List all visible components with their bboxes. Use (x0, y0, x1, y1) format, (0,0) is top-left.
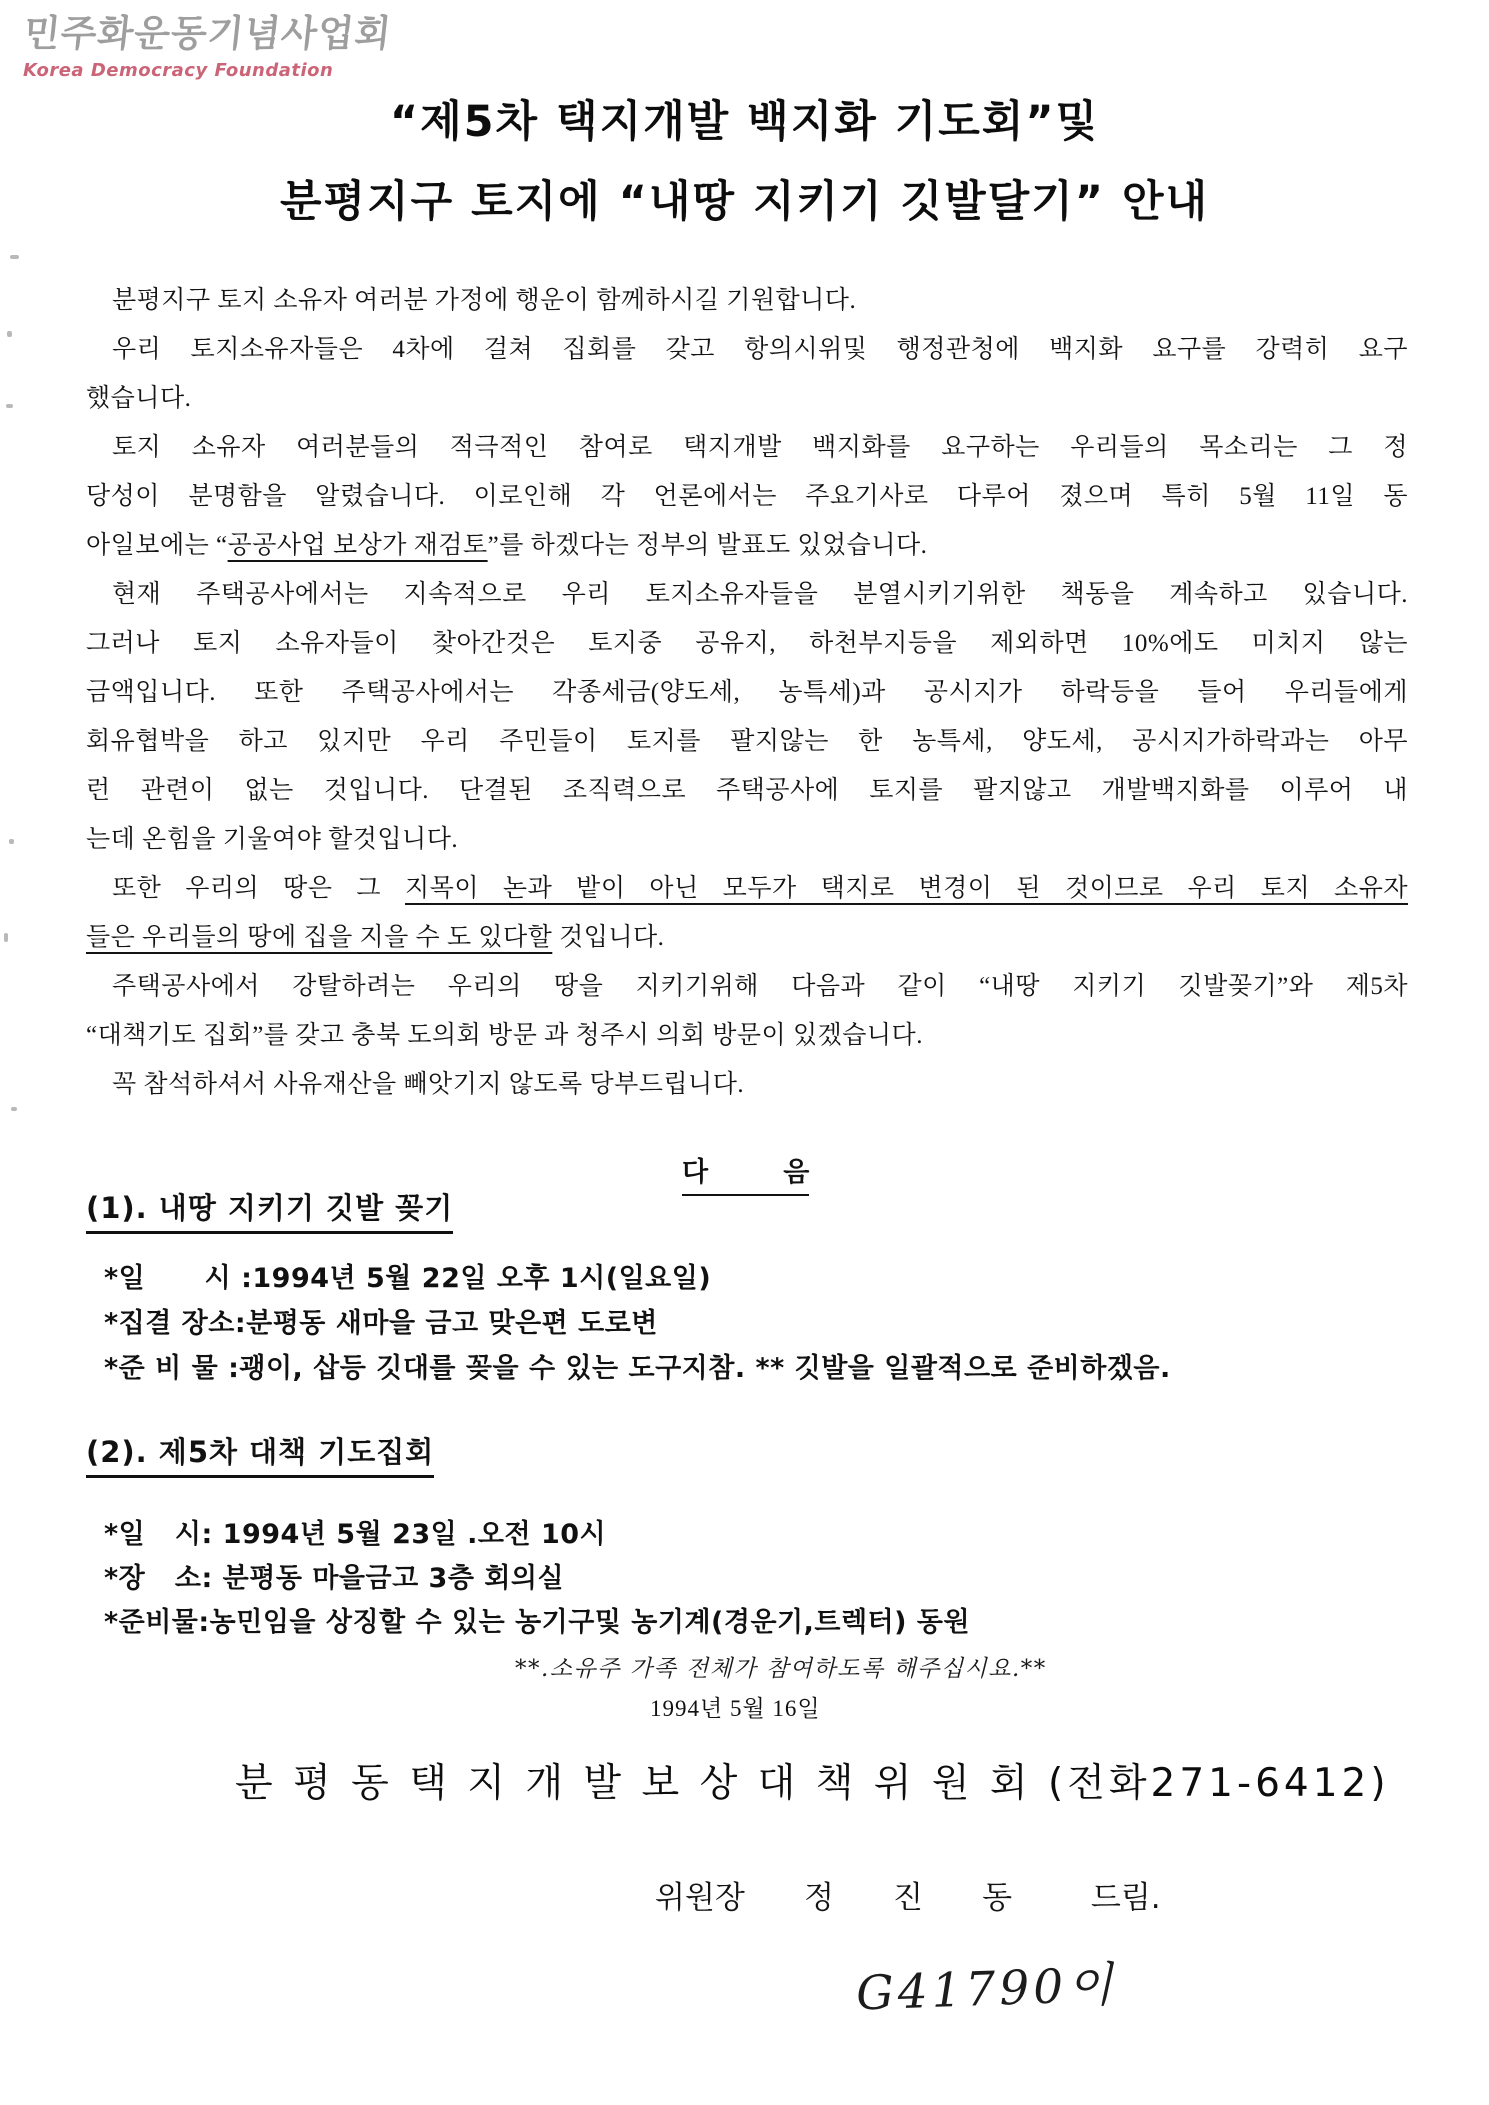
section1-items: *일 시 :1994년 5월 22일 오후 1시(일요일)*집결 장소:분평동 … (104, 1256, 1171, 1391)
body-line: 또한 우리의 땅은 그 지목이 논과 밭이 아닌 모두가 택지로 변경이 된 것… (86, 864, 1408, 913)
text-segment: ”를 하겠다는 정부의 발표도 있었습니다. (488, 532, 928, 559)
handwritten-archive-code: G41790이 (855, 1947, 1118, 2023)
body-line: 현재 주택공사에서는 지속적으로 우리 토지소유자들을 분열시키기위한 책동을 … (86, 570, 1408, 619)
scan-artifact (11, 1107, 17, 1111)
list-item: *일 시 :1994년 5월 22일 오후 1시(일요일) (104, 1256, 1171, 1301)
text-segment: “대책기도 집회”를 갖고 충북 도의회 방문 과 청주시 의회 방문이 있겠습… (86, 1022, 923, 1049)
document-title-line2: 분평지구 토지에 “내땅 지키기 깃발달기” 안내 (0, 166, 1489, 246)
list-item: *장 소: 분평동 마을금고 3층 회의실 (104, 1557, 970, 1601)
section2-heading: (2). 제5차 대책 기도집회 (86, 1430, 434, 1471)
text-segment: 또한 우리의 땅은 그 (112, 875, 405, 902)
section2-heading-text: (2). 제5차 대책 기도집회 (86, 1435, 434, 1478)
text-segment: 것입니다. (552, 924, 664, 951)
body-line: 주택공사에서 강탈하려는 우리의 땅을 지키기위해 다음과 같이 “내땅 지키기… (86, 962, 1408, 1011)
document-date: 1994년 5월 16일 (650, 1690, 821, 1723)
body-line: 그러나 토지 소유자들이 찾아간것은 토지중 공유지, 하천부지등을 제외하면 … (86, 619, 1408, 668)
document-title-line1: “제5차 택지개발 백지화 기도회”및 (0, 86, 1489, 166)
text-segment: 분평지구 토지 소유자 여러분 가정에 행운이 함께하시길 기원합니다. (112, 287, 856, 314)
text-segment: 아일보에는 “ (86, 532, 228, 559)
family-participation-note: **.소유주 가족 전체가 참여하도록 해주십시요.** (515, 1650, 1047, 1683)
list-item: *집결 장소:분평동 새마을 금고 맞은편 도로변 (104, 1301, 1171, 1346)
text-segment: 주택공사에서 강탈하려는 우리의 땅을 지키기위해 다음과 같이 “내땅 지키기… (112, 973, 1408, 1000)
text-segment: 회유협박을 하고 있지만 우리 주민들이 토지를 팔지않는 한 농특세, 양도세… (86, 728, 1408, 755)
underlined-text: 지목이 논과 밭이 아닌 모두가 택지로 변경이 된 것이므로 우리 토지 소유… (405, 875, 1408, 902)
body-line: 꼭 참석하셔서 사유재산을 빼앗기지 않도록 당부드립니다. (86, 1060, 1408, 1109)
body-line: 들은 우리들의 땅에 집을 지을 수 도 있다할 것입니다. (86, 913, 1408, 962)
body-line: 런 관련이 없는 것입니다. 단결된 조직력으로 주택공사에 토지를 팔지않고 … (86, 766, 1408, 815)
list-item: *준 비 물 :괭이, 삽등 깃대를 꽂을 수 있는 도구지참. ** 깃발을 … (104, 1346, 1171, 1391)
body-line: 회유협박을 하고 있지만 우리 주민들이 토지를 팔지않는 한 농특세, 양도세… (86, 717, 1408, 766)
document-title: “제5차 택지개발 백지화 기도회”및 분평지구 토지에 “내땅 지키기 깃발달… (0, 86, 1489, 246)
body-paragraphs: 분평지구 토지 소유자 여러분 가정에 행운이 함께하시길 기원합니다.우리 토… (86, 276, 1408, 1109)
underlined-text: 들은 우리들의 땅에 집을 지을 수 도 있다할 (86, 924, 552, 951)
foundation-logo-korean: 민주화운동기념사업회 (22, 14, 394, 54)
body-line: 토지 소유자 여러분들의 적극적인 참여로 택지개발 백지화를 요구하는 우리들… (86, 423, 1408, 472)
foundation-logo-english: Korea Democracy Foundation (23, 60, 333, 81)
scan-artifact (9, 839, 14, 844)
scanned-document-page: 민주화운동기념사업회 Korea Democracy Foundation “제… (0, 0, 1489, 2105)
text-segment: 는데 온힘을 기울여야 할것입니다. (86, 826, 458, 853)
text-segment: 토지 소유자 여러분들의 적극적인 참여로 택지개발 백지화를 요구하는 우리들… (112, 434, 1408, 461)
body-line: 분평지구 토지 소유자 여러분 가정에 행운이 함께하시길 기원합니다. (86, 276, 1408, 325)
text-segment: 꼭 참석하셔서 사유재산을 빼앗기지 않도록 당부드립니다. (112, 1071, 744, 1098)
text-segment: 현재 주택공사에서는 지속적으로 우리 토지소유자들을 분열시키기위한 책동을 … (112, 581, 1408, 608)
section1-heading: (1). 내땅 지키기 깃발 꽂기 (86, 1186, 453, 1227)
middle-heading-text: 다 음 (682, 1157, 809, 1196)
list-item: *준비물:농민임을 상징할 수 있는 농기구및 농기계(경운기,트렉터) 동원 (104, 1601, 970, 1645)
text-segment: 했습니다. (86, 385, 191, 412)
text-segment: 런 관련이 없는 것입니다. 단결된 조직력으로 주택공사에 토지를 팔지않고 … (86, 777, 1408, 804)
underlined-text: 공공사업 보상가 재검토 (228, 532, 488, 559)
list-item: *일 시: 1994년 5월 23일 .오전 10시 (104, 1513, 970, 1557)
body-line: 는데 온힘을 기울여야 할것입니다. (86, 815, 1408, 864)
committee-name: 분 평 동 택 지 개 발 보 상 대 책 위 원 회 (전화271-6412) (235, 1752, 1390, 1808)
body-line: 당성이 분명함을 알렸습니다. 이로인해 각 언론에서는 주요기사로 다루어 졌… (86, 472, 1408, 521)
body-line: 했습니다. (86, 374, 1408, 423)
scan-artifact (6, 404, 13, 408)
body-line: “대책기도 집회”를 갖고 충북 도의회 방문 과 청주시 의회 방문이 있겠습… (86, 1011, 1408, 1060)
body-line: 아일보에는 “공공사업 보상가 재검토”를 하겠다는 정부의 발표도 있었습니다… (86, 521, 1408, 570)
section1-heading-text: (1). 내땅 지키기 깃발 꽂기 (86, 1191, 453, 1234)
text-segment: 금액입니다. 또한 주택공사에서는 각종세금(양도세, 농특세)과 공시지가 하… (86, 679, 1408, 706)
scan-artifact (7, 331, 12, 337)
body-line: 금액입니다. 또한 주택공사에서는 각종세금(양도세, 농특세)과 공시지가 하… (86, 668, 1408, 717)
section2-items: *일 시: 1994년 5월 23일 .오전 10시*장 소: 분평동 마을금고… (104, 1513, 970, 1645)
scan-artifact (4, 933, 8, 942)
text-segment: 우리 토지소유자들은 4차에 걸쳐 집회를 갖고 항의시위및 행정관청에 백지화… (112, 336, 1408, 363)
text-segment: 그러나 토지 소유자들이 찾아간것은 토지중 공유지, 하천부지등을 제외하면 … (86, 630, 1408, 657)
body-line: 우리 토지소유자들은 4차에 걸쳐 집회를 갖고 항의시위및 행정관청에 백지화… (86, 325, 1408, 374)
middle-heading: 다 음 (682, 1150, 809, 1189)
scan-artifact (10, 255, 19, 259)
text-segment: 당성이 분명함을 알렸습니다. 이로인해 각 언론에서는 주요기사로 다루어 졌… (86, 483, 1408, 510)
chairman-signoff: 위원장 정 진 동 드림. (655, 1872, 1161, 1917)
